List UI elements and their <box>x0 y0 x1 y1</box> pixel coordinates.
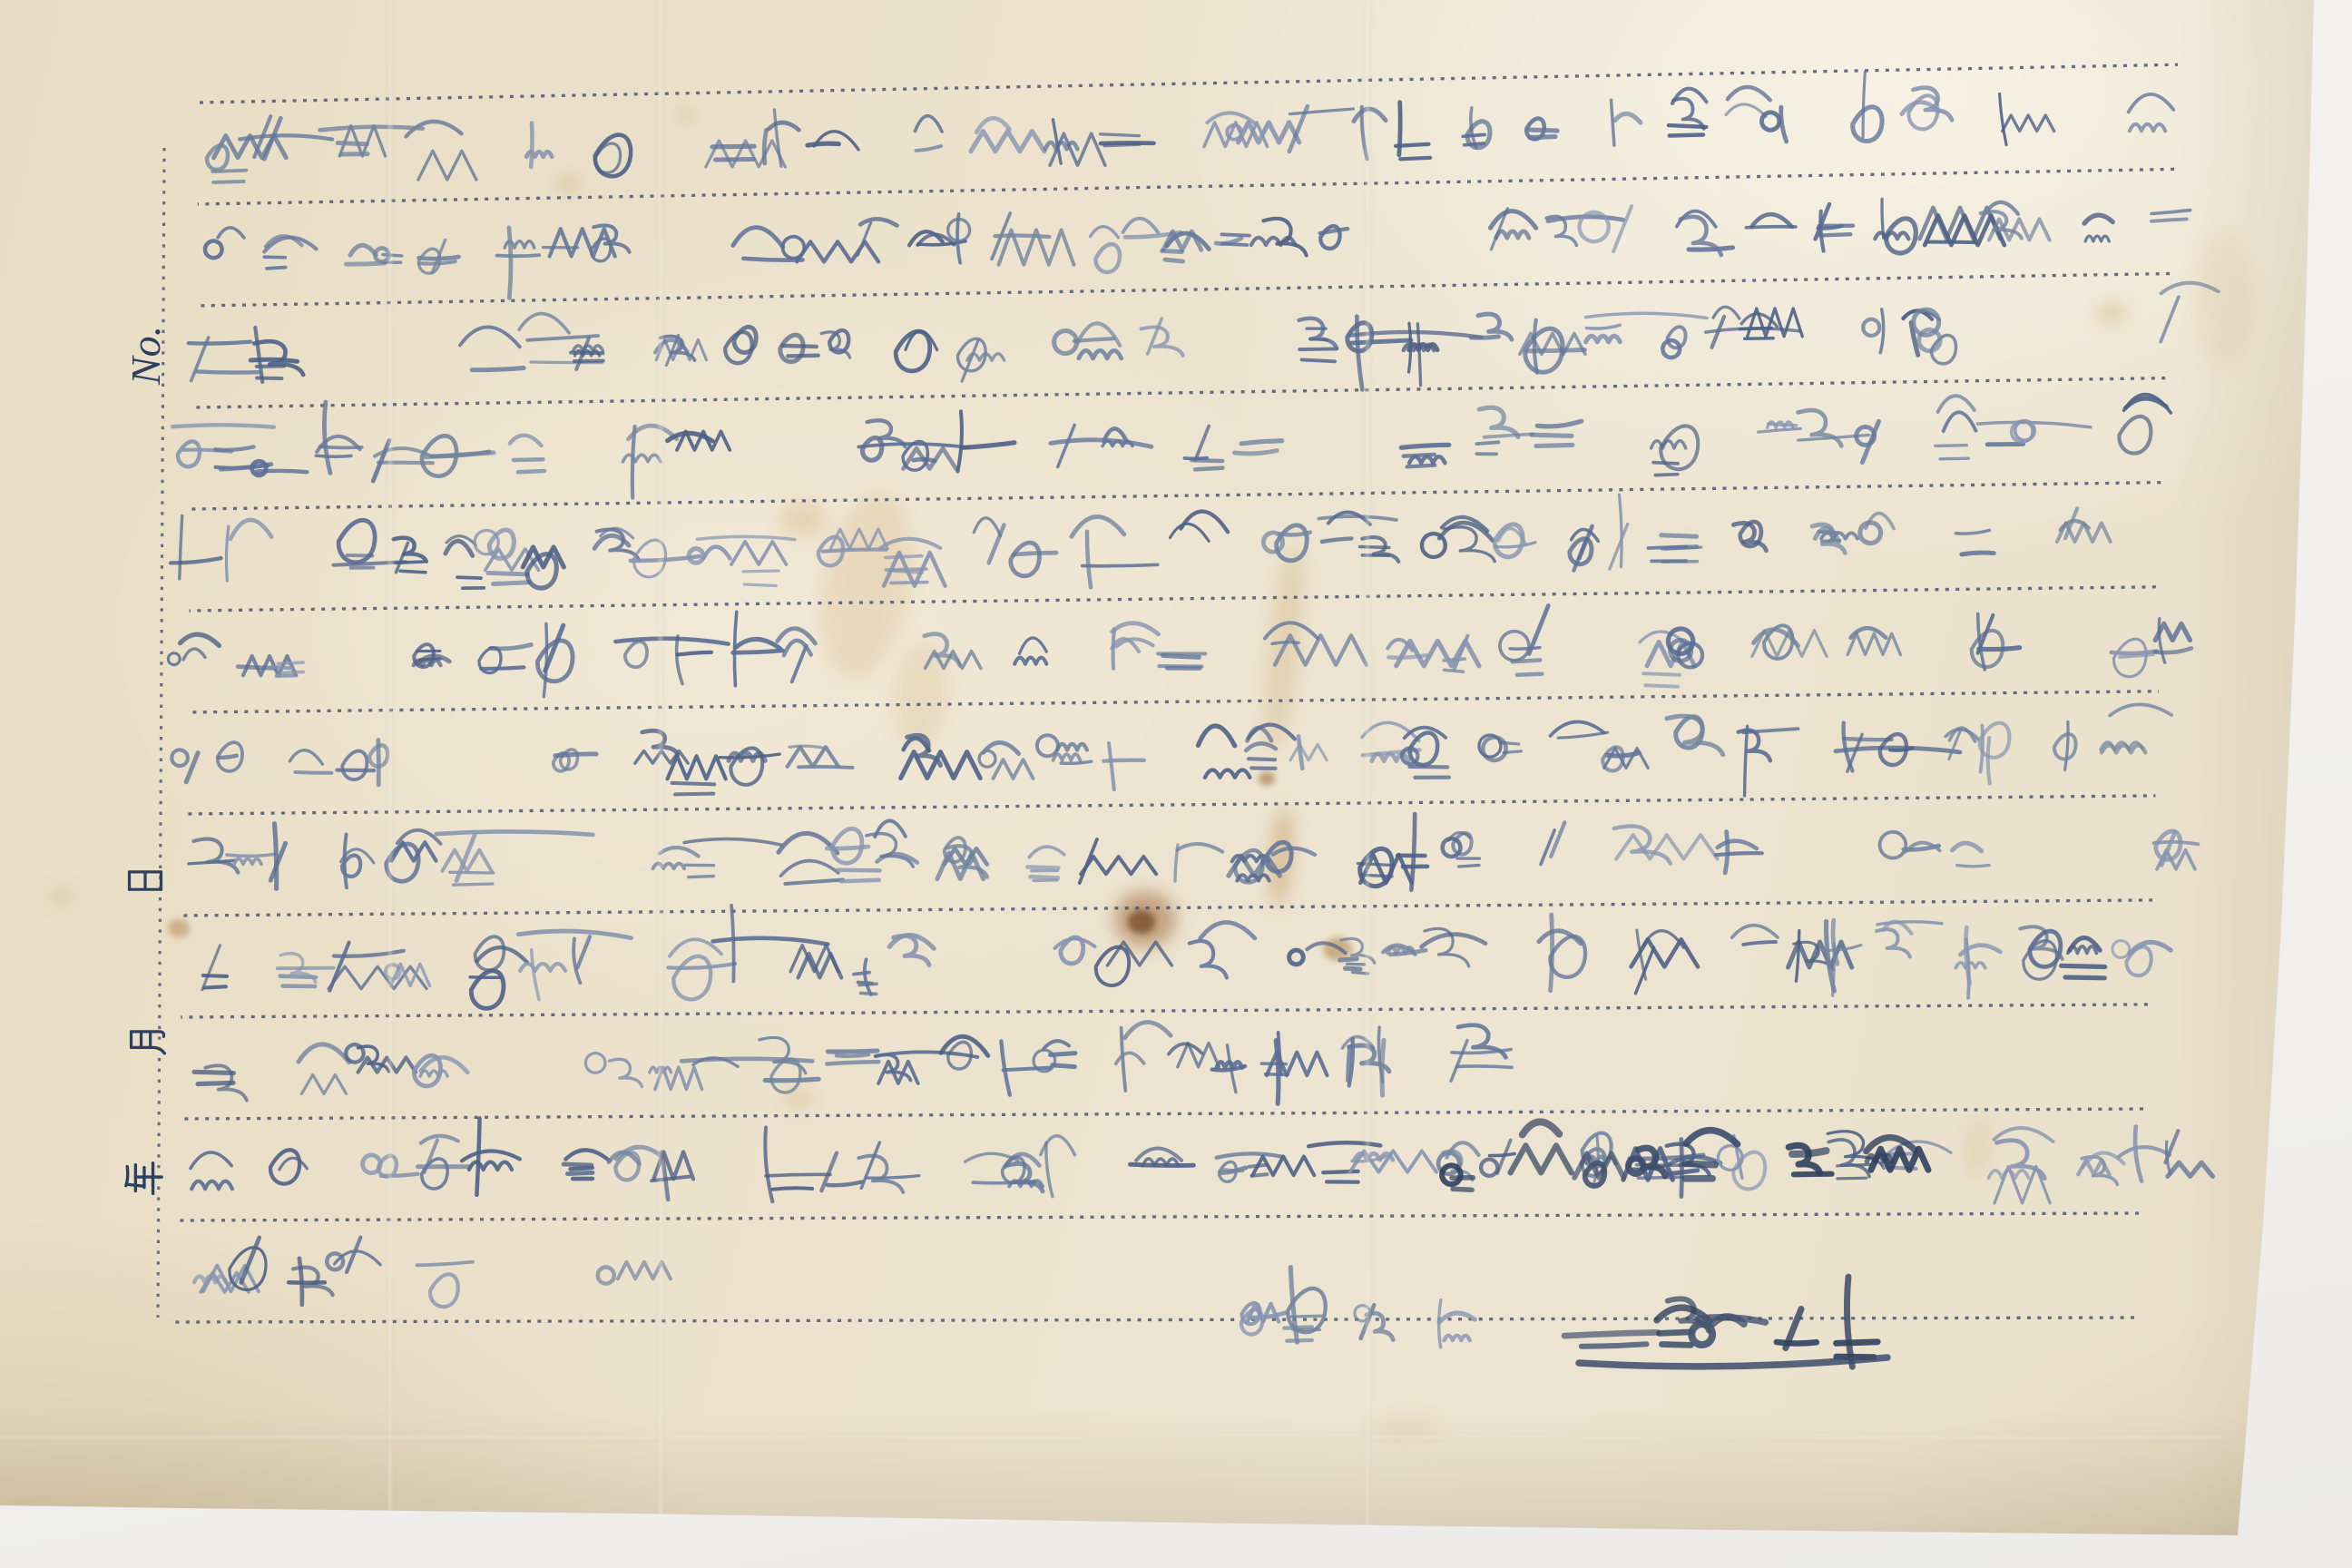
fold-crease-vertical <box>1365 0 1370 1541</box>
printed-stroke <box>132 1032 164 1037</box>
foxing-stain <box>52 888 72 905</box>
handwriting-line-9 <box>202 906 2171 1008</box>
printed-stroke <box>127 1184 143 1186</box>
handwriting-line-3 <box>189 283 2219 390</box>
handwriting-line-12 <box>194 1238 671 1308</box>
handwriting-line-7 <box>171 704 2171 796</box>
day-label <box>130 872 162 889</box>
margin-border <box>158 148 164 1318</box>
letter-paper: No. <box>0 0 2352 1568</box>
handwriting-line-4 <box>172 395 2171 498</box>
foxing-stain <box>557 174 581 194</box>
fold-crease-vertical <box>658 0 663 1541</box>
month-label <box>132 1032 165 1053</box>
year-label <box>126 1163 162 1194</box>
printed-stroke <box>132 1047 165 1053</box>
foxing-stain <box>168 919 190 937</box>
dotted-rule <box>193 378 2168 407</box>
document-layer: No. <box>0 0 2352 1568</box>
handwriting-line-6 <box>168 606 2191 697</box>
signature-underline <box>1579 1357 1887 1367</box>
dotted-rule <box>190 587 2162 611</box>
dotted-rule <box>177 1213 2143 1220</box>
fold-crease-horizontal <box>0 1434 2225 1440</box>
dotted-rule <box>185 796 2156 814</box>
handwriting-line-1 <box>207 72 2173 182</box>
handwriting-line-8 <box>189 814 2198 890</box>
dotted-rule <box>195 274 2171 307</box>
fold-crease-vertical <box>387 0 393 1541</box>
dotted-rule <box>200 64 2178 103</box>
dotted-rule <box>191 483 2165 509</box>
dotted-rule <box>179 1109 2146 1119</box>
no-label: No. <box>122 326 169 386</box>
handwriting-line-2 <box>205 199 2190 298</box>
foxing-stain <box>1128 910 1155 934</box>
foxing-stain <box>2098 302 2125 324</box>
foxing-stain <box>779 501 827 537</box>
foxing-stain <box>675 106 697 124</box>
foxing-stain <box>1259 771 1275 786</box>
dotted-rule <box>198 169 2175 204</box>
handwriting-line-11 <box>191 1118 2212 1203</box>
handwriting-line-5 <box>171 495 2111 588</box>
stain-layer <box>52 106 2254 1441</box>
printed-stroke <box>126 1167 128 1186</box>
photo: No. <box>0 0 2352 1568</box>
dotted-rule <box>187 691 2159 712</box>
foxing-stain <box>2196 229 2254 370</box>
handwriting-layer <box>168 72 2218 1367</box>
